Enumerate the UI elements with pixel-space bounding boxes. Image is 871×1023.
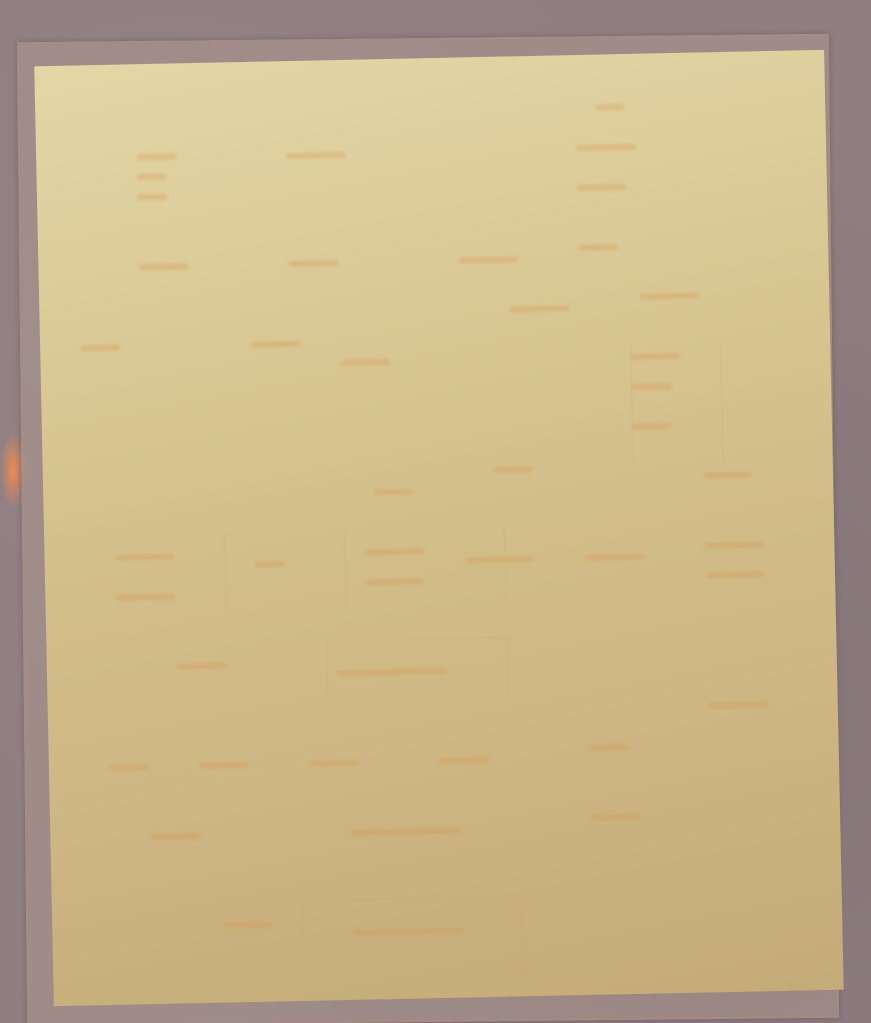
tree-node xyxy=(576,144,636,151)
tree-connector xyxy=(504,527,507,607)
tree-node xyxy=(439,757,489,764)
tree-node xyxy=(493,466,533,473)
tree-node xyxy=(705,571,765,578)
tree-node xyxy=(364,548,424,555)
tree-node xyxy=(309,760,359,767)
tree-node xyxy=(639,293,699,300)
tree-node xyxy=(704,541,764,548)
tree-node xyxy=(115,594,175,601)
tree-connector xyxy=(302,896,522,902)
tree-node xyxy=(458,256,518,263)
tree-node xyxy=(337,668,447,676)
tree-node xyxy=(109,764,149,771)
tree-node xyxy=(577,184,627,191)
tree-connector xyxy=(326,637,506,642)
tree-connector xyxy=(302,901,305,981)
tree-node xyxy=(286,152,346,159)
tree-node xyxy=(250,341,300,348)
tree-connector xyxy=(720,342,724,462)
tree-node xyxy=(255,561,285,568)
tree-node xyxy=(589,744,629,751)
tree-node xyxy=(352,928,462,936)
tree-node xyxy=(631,383,671,390)
tree-node xyxy=(136,153,176,160)
tree-node xyxy=(80,345,120,352)
tree-node xyxy=(288,260,338,267)
tree-node xyxy=(222,922,272,929)
tree-node xyxy=(595,104,625,111)
tree-node xyxy=(509,305,569,312)
tree-node xyxy=(708,701,768,708)
tree-node xyxy=(630,353,680,360)
tree-node xyxy=(590,814,640,821)
tree-connector xyxy=(630,344,634,464)
tree-node xyxy=(150,833,200,840)
tree-connector xyxy=(522,896,525,976)
tree-connector xyxy=(506,637,508,697)
tree-node xyxy=(465,556,535,563)
tree-node xyxy=(137,194,167,201)
tree-connector xyxy=(224,532,227,612)
tree-connector xyxy=(344,530,347,610)
tree-node xyxy=(632,423,672,430)
tree-node xyxy=(585,554,645,561)
tree-node xyxy=(350,828,460,836)
tree-node xyxy=(138,263,188,270)
family-tree-page xyxy=(34,50,844,1006)
tree-node xyxy=(365,578,425,585)
tree-node xyxy=(114,554,174,561)
tree-node xyxy=(373,489,413,496)
tree-node xyxy=(340,359,390,366)
tree-node xyxy=(703,471,753,478)
tree-node xyxy=(199,762,249,769)
tree-node xyxy=(137,174,167,181)
tree-node xyxy=(177,662,227,669)
tree-connector xyxy=(326,640,328,700)
tree-node xyxy=(578,244,618,251)
